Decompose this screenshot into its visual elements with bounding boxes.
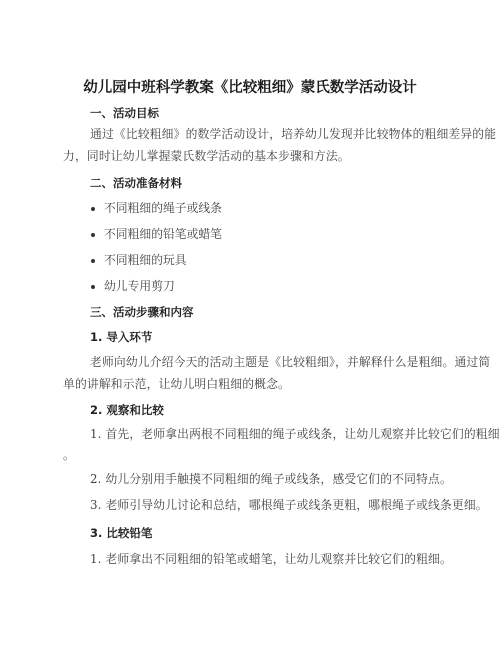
section-heading-steps: 三、活动步骤和内容 bbox=[90, 307, 194, 319]
bullet-icon bbox=[91, 259, 95, 263]
list-item-text: 幼儿专用剪刀 bbox=[104, 281, 175, 293]
document-title: 幼儿园中班科学教案《比较粗细》蒙氏数学活动设计 bbox=[0, 81, 500, 96]
step-item: 1. 首先，老师拿出两根不同粗细的绳子或线条，让幼儿观察并比较它们的粗细 bbox=[90, 429, 500, 441]
section-heading-objectives: 一、活动目标 bbox=[90, 108, 159, 120]
bullet-icon bbox=[91, 233, 95, 237]
paragraph-line: 老师向幼儿介绍今天的活动主题是《比较粗细》，并解释什么是粗细。通过简 bbox=[90, 357, 490, 369]
bullet-icon bbox=[91, 207, 95, 211]
step-item: 2. 幼儿分别用手触摸不同粗细的绳子或线条，感受它们的不同特点。 bbox=[90, 474, 452, 486]
paragraph-line: 力，同时让幼儿掌握蒙氏数学活动的基本步骤和方法。 bbox=[63, 151, 350, 163]
subsection-heading-intro: 1. 导入环节 bbox=[90, 332, 152, 344]
list-item: 不同粗细的绳子或线条 bbox=[91, 203, 222, 215]
list-item: 不同粗细的铅笔或蜡笔 bbox=[91, 229, 222, 241]
list-item-text: 不同粗细的玩具 bbox=[104, 255, 187, 267]
list-item-text: 不同粗细的绳子或线条 bbox=[104, 203, 222, 215]
step-item: 3. 老师引导幼儿讨论和总结，哪根绳子或线条更粗，哪根绳子或线条更细。 bbox=[90, 500, 488, 512]
bullet-icon bbox=[91, 285, 95, 289]
list-item-text: 不同粗细的铅笔或蜡笔 bbox=[104, 229, 222, 241]
list-item: 不同粗细的玩具 bbox=[91, 255, 187, 267]
list-item: 幼儿专用剪刀 bbox=[91, 281, 175, 293]
section-heading-materials: 二、活动准备材料 bbox=[90, 178, 182, 190]
paragraph-line: 单的讲解和示范，让幼儿明白粗细的概念。 bbox=[63, 379, 290, 391]
document-page: 幼儿园中班科学教案《比较粗细》蒙氏数学活动设计 一、活动目标 通过《比较粗细》的… bbox=[0, 0, 500, 647]
subsection-heading-pencils: 3. 比较铅笔 bbox=[90, 528, 152, 540]
paragraph-line: 通过《比较粗细》的数学活动设计，培养幼儿发现并比较物体的粗细差异的能 bbox=[90, 129, 496, 141]
subsection-heading-observe: 2. 观察和比较 bbox=[90, 405, 164, 417]
step-item-continuation: 。 bbox=[63, 450, 75, 462]
step-item: 1. 老师拿出不同粗细的铅笔或蜡笔，让幼儿观察并比较它们的粗细。 bbox=[90, 554, 452, 566]
